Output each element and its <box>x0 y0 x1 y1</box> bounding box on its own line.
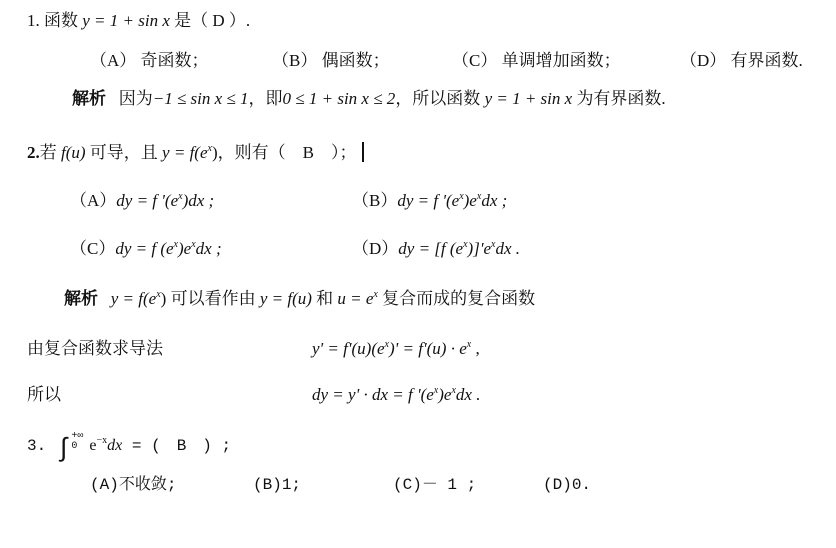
integrand: dx <box>107 437 122 454</box>
option-label: （D） <box>680 51 726 70</box>
option-math: dx ; <box>196 239 222 258</box>
q3-stem: 3. ∫+∞0 e−xdx = ( B ) ; <box>27 432 231 459</box>
option-label: （C） <box>70 239 115 258</box>
analysis-text: ，即 <box>249 89 283 108</box>
option-label: （A） <box>90 51 136 70</box>
q2-so-label: 所以 <box>27 384 61 406</box>
formula-math: dy = y' · dx = f '(e <box>312 385 434 404</box>
q3-option-b: (B)1; <box>253 474 301 496</box>
option-text: 有界函数. <box>726 51 803 70</box>
formula-math: y' = f'(u)(e <box>312 339 385 358</box>
option-label: （B） <box>272 51 317 70</box>
q2-so-formula: dy = y' · dx = f '(ex)exdx . <box>312 384 480 406</box>
option-text: 不收敛; <box>119 476 177 494</box>
question-number: 3. <box>27 437 56 455</box>
option-text: 奇函数； <box>136 51 208 70</box>
analysis-text: 因为 <box>119 89 153 108</box>
analysis-math: −1 ≤ sin x ≤ 1 <box>153 89 249 108</box>
q3-option-c: (C)－ 1 ; <box>393 474 476 496</box>
stem-math: y = f(e <box>162 143 207 162</box>
stem-text: ，则有（ B ）； <box>218 143 357 162</box>
q2-rule-label: 由复合函数求导法 <box>27 338 163 360</box>
analysis-math: y = f(e <box>111 289 156 308</box>
analysis-text: 复合而成的复合函数 <box>378 289 535 308</box>
option-math: dx ; <box>481 191 507 210</box>
q1-stem-prefix: 1. 函数 <box>27 11 82 30</box>
analysis-text: 为有界函数. <box>572 89 666 108</box>
option-label: (C) <box>393 476 422 494</box>
option-math: )e <box>464 191 477 210</box>
stem-math: f(u) <box>61 143 86 162</box>
q3-option-d: (D)0. <box>543 474 591 496</box>
q2-stem: 2.若 f(u) 可导，且 y = f(ex)，则有（ B ）； <box>27 142 364 164</box>
option-label: （C） <box>452 51 497 70</box>
q2-option-a: （A）dy = f '(ex)dx ; <box>70 190 214 212</box>
q1-stem-suffix: 是（ D ）. <box>170 11 250 30</box>
option-math: dy = f (e <box>115 239 173 258</box>
analysis-text: ，所以函数 <box>395 89 484 108</box>
option-math: dy = f '(e <box>116 191 178 210</box>
stem-text: 若 <box>40 143 61 162</box>
q1-stem: 1. 函数 y = 1 + sin x 是（ D ）. <box>27 10 250 32</box>
stem-text: = ( B ) ; <box>122 437 231 455</box>
option-text: 1; <box>282 476 301 494</box>
option-math: )e <box>178 239 191 258</box>
formula-math: )' = f'(u) · e <box>389 339 467 358</box>
analysis-text: 可以看作由 <box>166 289 260 308</box>
option-label: (A) <box>90 476 119 494</box>
analysis-math: y = 1 + sin x <box>485 89 573 108</box>
q2-option-b: （B）dy = f '(ex)exdx ; <box>352 190 507 212</box>
q2-analysis: 解析 y = f(ex) 可以看作由 y = f(u) 和 u = ex 复合而… <box>64 288 535 310</box>
option-label: （A） <box>70 191 116 210</box>
q1-option-a: （A） 奇函数； <box>90 50 209 72</box>
option-math: dx . <box>495 239 520 258</box>
analysis-label: 解析 <box>72 89 106 108</box>
option-label: （B） <box>352 191 397 210</box>
formula-math: dx . <box>456 385 481 404</box>
option-text: 偶函数； <box>317 51 389 70</box>
q2-rule-formula: y' = f'(u)(ex)' = f'(u) · ex , <box>312 338 480 360</box>
formula-math: , <box>471 339 480 358</box>
q2-option-c: （C）dy = f (ex)exdx ; <box>70 238 222 260</box>
analysis-label: 解析 <box>64 289 98 308</box>
option-math: )]'e <box>468 239 491 258</box>
option-math: dy = f '(e <box>397 191 459 210</box>
analysis-math: y = f(u) <box>260 289 312 308</box>
q1-option-b: （B） 偶函数； <box>272 50 390 72</box>
stem-text: 可导，且 <box>86 143 163 162</box>
option-math: )dx ; <box>183 191 215 210</box>
option-label: (B) <box>253 476 282 494</box>
analysis-math: u = e <box>337 289 373 308</box>
q3-option-a: (A)不收敛; <box>90 474 176 496</box>
integral-sign: ∫ <box>56 439 72 459</box>
lower-limit: 0 <box>71 436 77 458</box>
q1-stem-math: y = 1 + sin x <box>82 11 170 30</box>
q1-analysis: 解析 因为−1 ≤ sin x ≤ 1，即0 ≤ 1 + sin x ≤ 2，所… <box>72 88 666 110</box>
option-text: － 1 ; <box>422 476 476 494</box>
option-label: (D) <box>543 476 572 494</box>
q1-option-d: （D） 有界函数. <box>680 50 803 72</box>
question-number: 2. <box>27 143 40 162</box>
formula-math: )e <box>438 385 451 404</box>
option-text: 0. <box>572 476 591 494</box>
integral-limits: +∞0 <box>71 432 85 454</box>
option-math: dy = [f (e <box>398 239 463 258</box>
q2-option-d: （D）dy = [f (ex)]'exdx . <box>352 238 520 260</box>
analysis-text: 和 <box>312 289 338 308</box>
superscript: −x <box>97 435 108 446</box>
q1-option-c: （C） 单调增加函数； <box>452 50 621 72</box>
option-text: 单调增加函数； <box>497 51 620 70</box>
integrand: e <box>85 437 96 454</box>
text-cursor <box>362 142 364 162</box>
analysis-math: 0 ≤ 1 + sin x ≤ 2 <box>283 89 396 108</box>
option-label: （D） <box>352 239 398 258</box>
